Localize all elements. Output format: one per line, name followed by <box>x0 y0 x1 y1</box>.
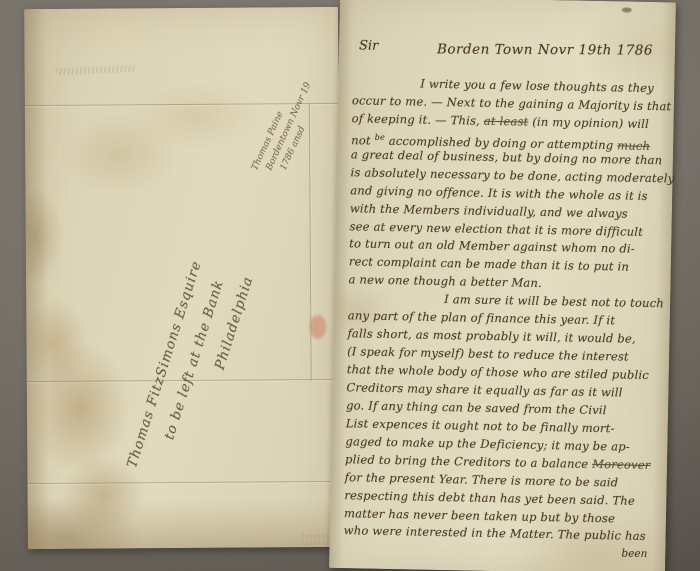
letter-text: List expences it ought not to be finally… <box>346 416 615 435</box>
pencil-note-line <box>303 541 329 545</box>
letter-text: to turn out an old Member against whom n… <box>349 237 635 256</box>
struck-word: at least <box>484 114 529 129</box>
address-panel: Thomas FitzSimons Esquireto be left at t… <box>119 158 293 488</box>
letter-outer-leaf: Thomas FitzSimons Esquireto be left at t… <box>24 7 342 549</box>
letter-text: (in my opinion) will <box>528 115 649 131</box>
letter-heading: Sir Borden Town Novr 19th 1786 <box>359 38 659 60</box>
scan-background: Thomas FitzSimons Esquireto be left at t… <box>0 0 700 571</box>
letter-text: I write you a few lose thoughts as they <box>420 77 654 95</box>
fold-crease <box>309 103 312 381</box>
letter-text: go. If any thing can be saved from the C… <box>346 398 607 417</box>
pencil-smudge <box>56 65 134 75</box>
letter-text: (I speak for myself) best to reduce the … <box>347 344 629 363</box>
letter-text: who were interested in the Matter. The p… <box>344 524 646 544</box>
docket-note: Thomas PaineBordentown Novr 191786 ansd <box>249 40 343 184</box>
catchword: been <box>621 548 647 560</box>
letter-body: I write you a few lose thoughts as theyo… <box>344 74 665 546</box>
letter-text: rect complaint can be made than it is to… <box>349 255 629 274</box>
dateline: Borden Town Novr 19th 1786 <box>437 41 659 58</box>
letter-text: for the present Year. There is more to b… <box>345 470 619 489</box>
letter-text: gaged to make up the Deficiency; it may … <box>345 434 630 453</box>
letter-text: I am sure it will be best not to touch <box>444 292 664 310</box>
salutation: Sir <box>359 38 379 54</box>
letter-text: falls short, as most probably it will, i… <box>347 326 636 346</box>
letter-text: a new one though a better Man. <box>348 273 542 291</box>
letter-text: Creditors may share it equally as far as… <box>346 380 622 399</box>
struck-word: much <box>617 138 650 153</box>
letter-page: Sir Borden Town Novr 19th 1786 I write y… <box>329 0 676 571</box>
letter-text: that the whole body of those who are sti… <box>347 362 649 382</box>
letter-text: of keeping it. — This, <box>352 111 484 128</box>
inserted-word: be <box>375 133 385 142</box>
letter-text: plied to bring the Creditors to a balanc… <box>345 452 592 471</box>
struck-word: Moreover <box>592 457 651 472</box>
letter-text: not <box>351 133 375 147</box>
letter-text: any part of the plan of finance this yea… <box>348 308 616 327</box>
ink-blot <box>622 7 632 12</box>
seal-stain <box>309 315 326 339</box>
